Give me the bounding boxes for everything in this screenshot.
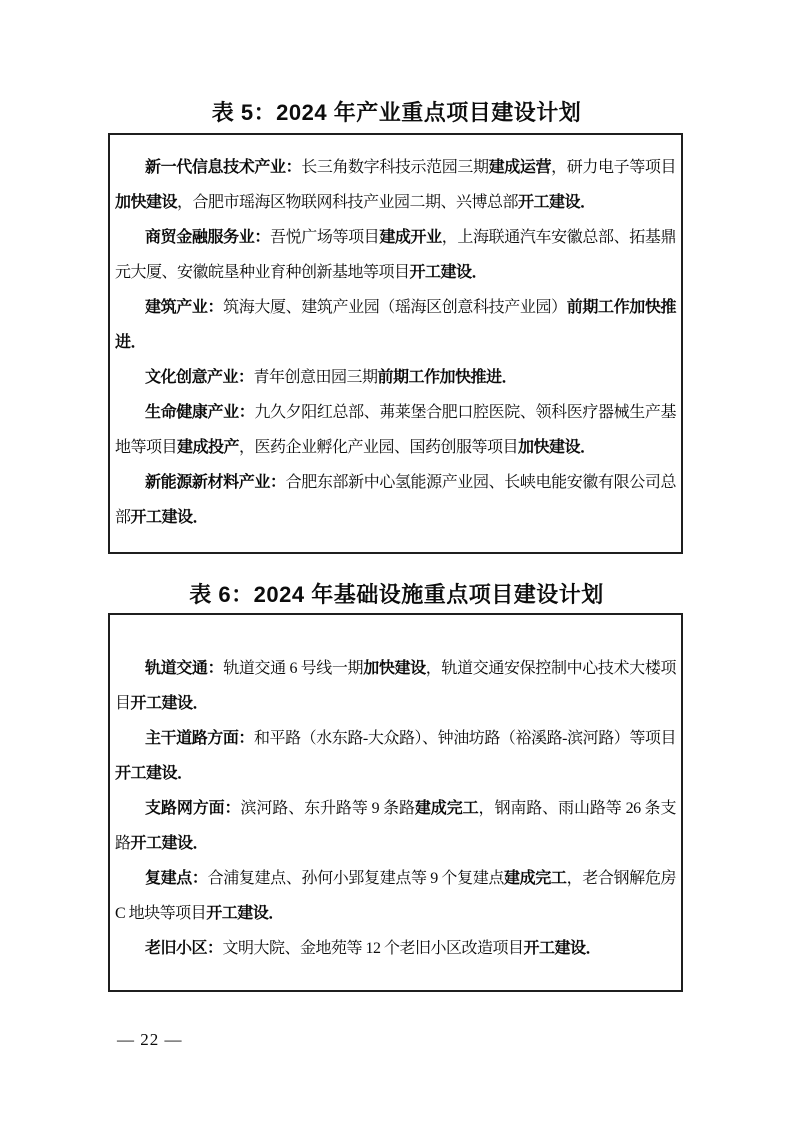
document-page: 表 5：2024 年产业重点项目建设计划 新一代信息技术产业：长三角数字科技示范… bbox=[0, 0, 793, 1122]
emphasis-text: 建成完工 bbox=[504, 870, 567, 887]
body-text: 长三角数字科技示范园三期 bbox=[301, 159, 488, 176]
emphasis-text: 开工建设． bbox=[524, 940, 602, 957]
paragraph: 新能源新材料产业：合肥东部新中心氢能源产业园、长峡电能安徽有限公司总部开工建设． bbox=[115, 465, 676, 535]
emphasis-text: 主干道路方面： bbox=[145, 730, 254, 747]
emphasis-text: 建筑产业： bbox=[145, 299, 223, 316]
emphasis-text: 加快建设 bbox=[363, 660, 426, 677]
paragraph: 商贸金融服务业：吾悦广场等项目建成开业，上海联通汽车安徽总部、拓基鼎元大厦、安徽… bbox=[115, 220, 676, 290]
emphasis-text: 加快建设． bbox=[518, 439, 596, 456]
paragraph: 轨道交通：轨道交通 6 号线一期加快建设，轨道交通安保控制中心技术大楼项目开工建… bbox=[115, 651, 676, 721]
body-text: 和平路（水东路-大众路）、钟油坊路（裕溪路-滨河路）等项目 bbox=[254, 730, 676, 747]
emphasis-text: 复建点： bbox=[145, 870, 208, 887]
emphasis-text: 轨道交通： bbox=[145, 660, 223, 677]
page-number: — 22 — bbox=[117, 1030, 183, 1050]
body-text: ，医药企业孵化产业园、国药创服等项目 bbox=[239, 439, 518, 456]
body-text: ，合肥市瑶海区物联网科技产业园二期、兴博总部 bbox=[177, 194, 518, 211]
emphasis-text: 新能源新材料产业： bbox=[145, 474, 286, 491]
emphasis-text: 加快建设 bbox=[115, 194, 177, 211]
emphasis-text: 建成开业 bbox=[379, 229, 441, 246]
emphasis-text: 开工建设． bbox=[410, 264, 488, 281]
emphasis-text: 老旧小区： bbox=[145, 940, 223, 957]
emphasis-text: 建成投产 bbox=[177, 439, 239, 456]
body-text: 轨道交通 6 号线一期 bbox=[223, 660, 363, 677]
table5-box: 新一代信息技术产业：长三角数字科技示范园三期建成运营，研力电子等项目加快建设，合… bbox=[108, 133, 683, 554]
table6-title: 表 6：2024 年基础设施重点项目建设计划 bbox=[0, 581, 793, 609]
emphasis-text: 新一代信息技术产业： bbox=[145, 159, 301, 176]
paragraph: 生命健康产业：九久夕阳红总部、茀莱堡合肥口腔医院、领科医疗器械生产基地等项目建成… bbox=[115, 395, 676, 465]
emphasis-text: 开工建设． bbox=[131, 695, 209, 712]
paragraph: 复建点：合浦复建点、孙何小郢复建点等 9 个复建点建成完工，老合钢解危房 C 地… bbox=[115, 861, 676, 931]
paragraph: 文化创意产业：青年创意田园三期前期工作加快推进． bbox=[115, 360, 676, 395]
table5-title: 表 5：2024 年产业重点项目建设计划 bbox=[0, 99, 793, 127]
body-text: 筑海大厦、建筑产业园（瑶海区创意科技产业园） bbox=[223, 299, 567, 316]
emphasis-text: 商贸金融服务业： bbox=[145, 229, 270, 246]
emphasis-text: 开工建设． bbox=[115, 765, 193, 782]
paragraph: 老旧小区：文明大院、金地苑等 12 个老旧小区改造项目开工建设． bbox=[115, 931, 676, 966]
table6-box: 轨道交通：轨道交通 6 号线一期加快建设，轨道交通安保控制中心技术大楼项目开工建… bbox=[108, 613, 683, 992]
emphasis-text: 开工建设． bbox=[131, 509, 209, 526]
emphasis-text: 开工建设． bbox=[131, 835, 209, 852]
emphasis-text: 支路网方面： bbox=[145, 800, 240, 817]
paragraph: 支路网方面：滨河路、东升路等 9 条路建成完工，钢南路、雨山路等 26 条支路开… bbox=[115, 791, 676, 861]
body-text: 文明大院、金地苑等 12 个老旧小区改造项目 bbox=[223, 940, 524, 957]
emphasis-text: 前期工作加快推进． bbox=[378, 369, 518, 386]
body-text: 合浦复建点、孙何小郢复建点等 9 个复建点 bbox=[208, 870, 504, 887]
paragraph: 主干道路方面：和平路（水东路-大众路）、钟油坊路（裕溪路-滨河路）等项目开工建设… bbox=[115, 721, 676, 791]
emphasis-text: 建成运营 bbox=[489, 159, 551, 176]
body-text: ，研力电子等项目 bbox=[551, 159, 676, 176]
emphasis-text: 生命健康产业： bbox=[145, 404, 254, 421]
emphasis-text: 开工建设． bbox=[518, 194, 596, 211]
emphasis-text: 建成完工 bbox=[415, 800, 479, 817]
emphasis-text: 开工建设． bbox=[206, 905, 284, 922]
body-text: 吾悦广场等项目 bbox=[270, 229, 379, 246]
body-text: 青年创意田园三期 bbox=[254, 369, 378, 386]
body-text: 滨河路、东升路等 9 条路 bbox=[240, 800, 414, 817]
paragraph: 新一代信息技术产业：长三角数字科技示范园三期建成运营，研力电子等项目加快建设，合… bbox=[115, 150, 676, 220]
emphasis-text: 文化创意产业： bbox=[145, 369, 254, 386]
paragraph: 建筑产业：筑海大厦、建筑产业园（瑶海区创意科技产业园）前期工作加快推进． bbox=[115, 290, 676, 360]
